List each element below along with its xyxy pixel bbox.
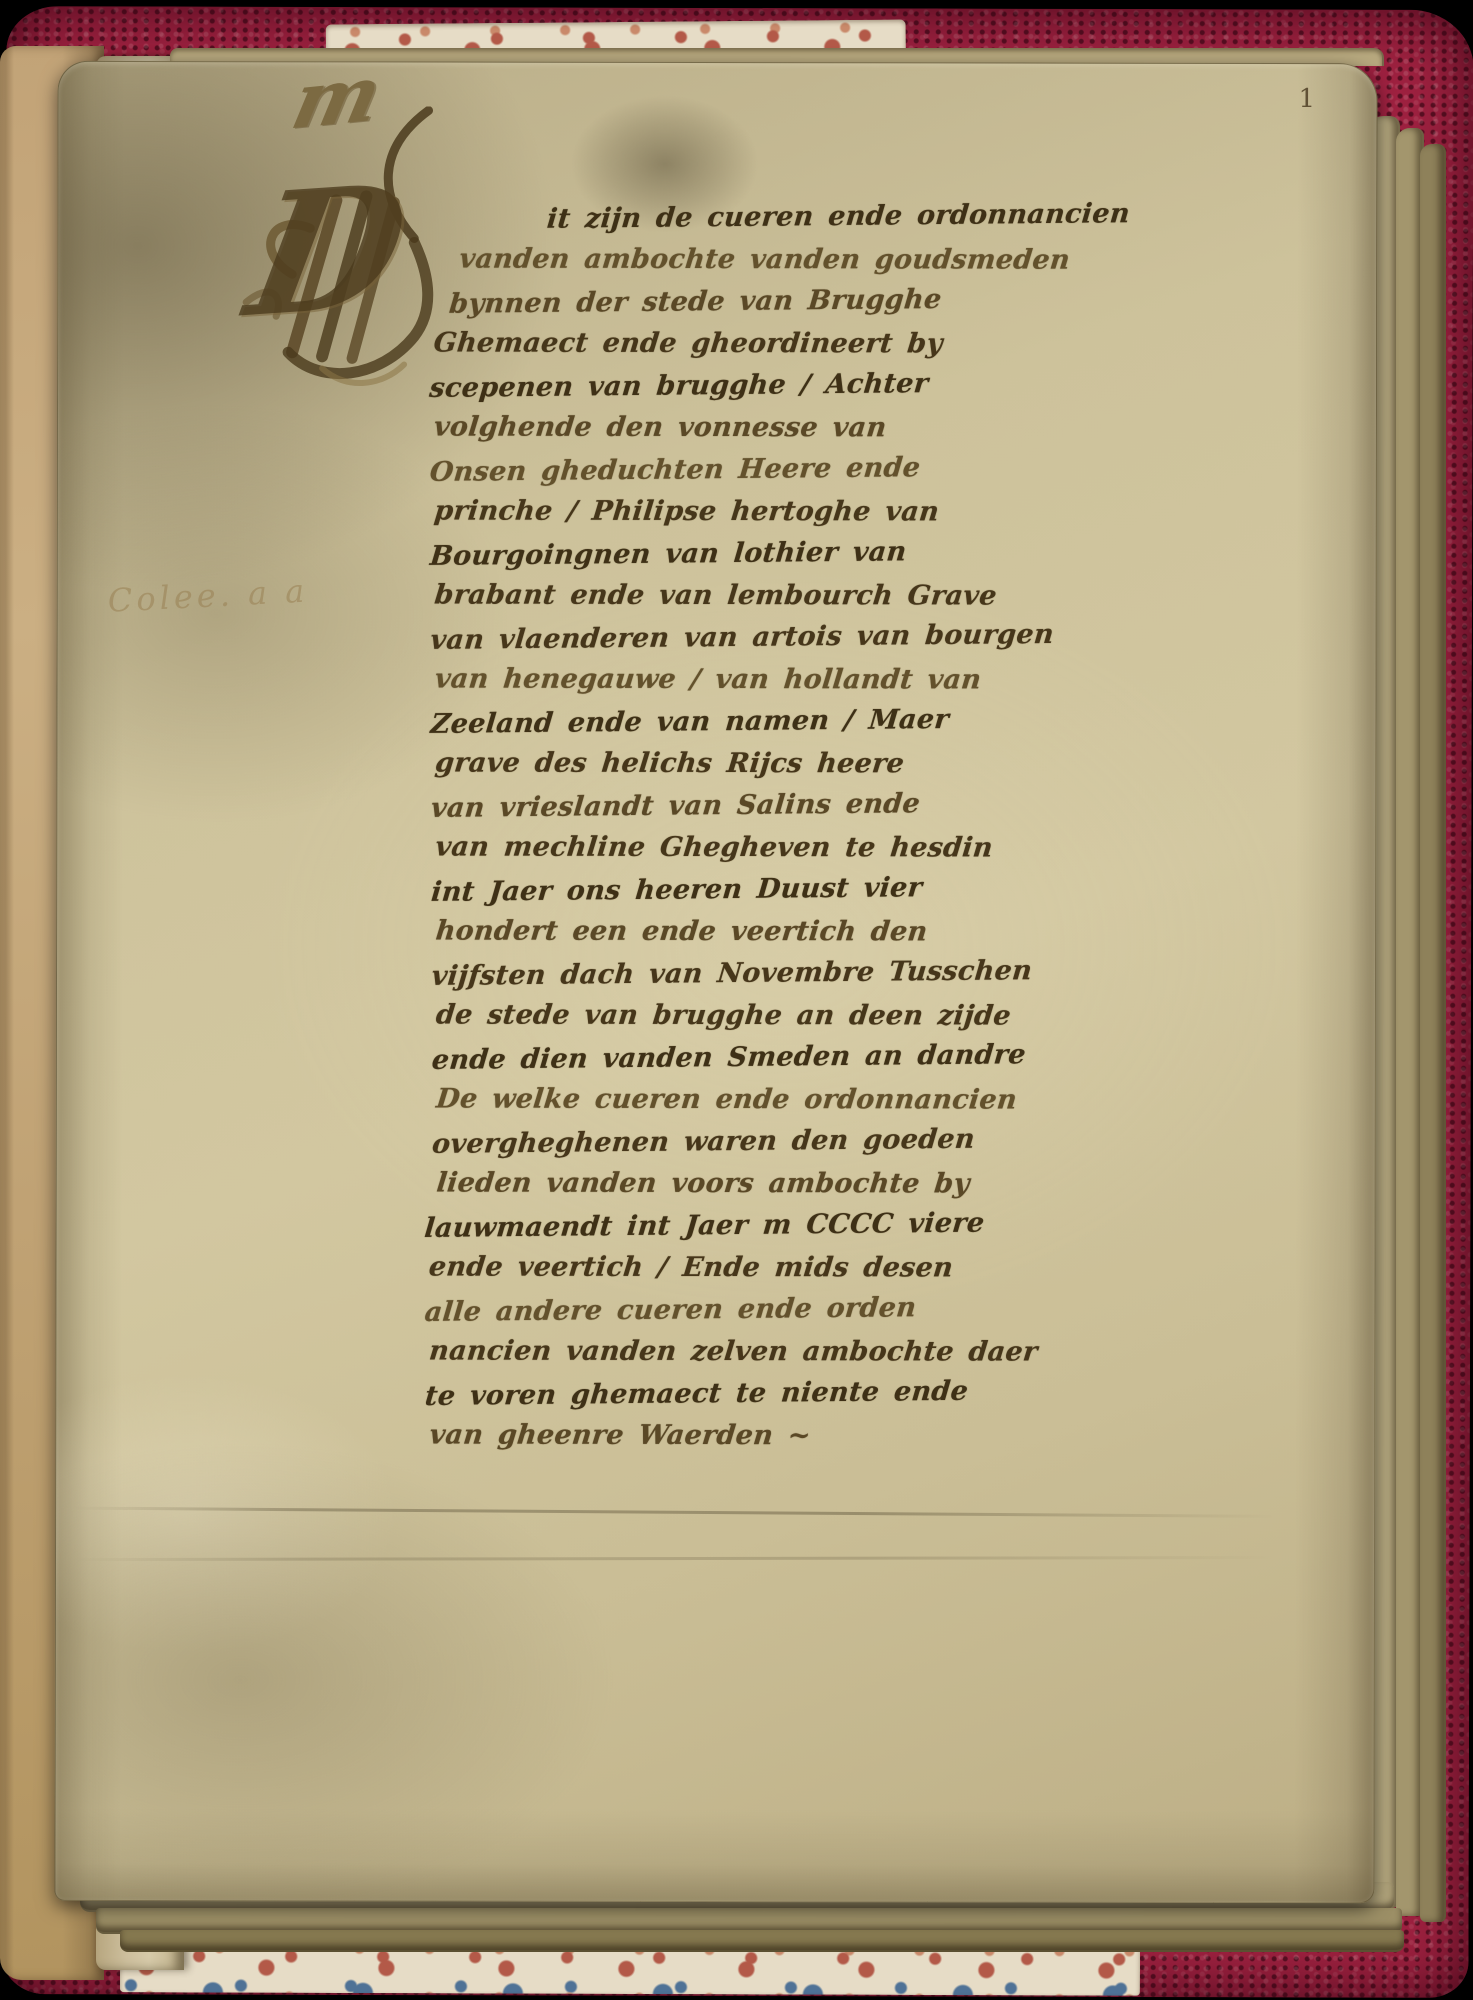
manuscript-text-line: prinche / Philipse hertoghe van: [432, 491, 1036, 534]
manuscript-text-line: Onsen gheduchten Heere ende: [428, 446, 1032, 494]
manuscript-text-line: hondert een ende veertich den: [434, 911, 1038, 954]
manuscript-text-line: overgheghenen waren den goeden: [430, 1118, 1034, 1166]
manuscript-text-line: nancien vanden zelven ambochte daer: [427, 1331, 1039, 1374]
manuscript-text-line: scepenen van brugghe / Achter: [428, 362, 1032, 410]
manuscript-text-line: Zeeland ende van namen / Maer: [429, 698, 1033, 746]
manuscript-text-line: int Jaer ons heeren Duust vier: [429, 866, 1033, 914]
page-edge-stack-bottom: [120, 1930, 1404, 1952]
manuscript-text-line: van mechline Ghegheven te hesdin: [433, 827, 1037, 870]
manuscript-text-line: vanden ambochte vanden goudsmeden: [431, 239, 1035, 282]
manuscript-text-line: te voren ghemaect te niente ende: [423, 1370, 1035, 1418]
manuscript-text-block: it zijn de cueren ende ordonnancienvande…: [429, 196, 1033, 1458]
manuscript-text-line: grave des helichs Rijcs heere: [433, 743, 1037, 786]
folio-number: 1: [1299, 84, 1329, 114]
manuscript-text-line: volghende den vonnesse van: [432, 407, 1036, 450]
manuscript-text-line: ende veertich / Ende mids desen: [427, 1247, 1039, 1290]
manuscript-text-line: it zijn de cueren ende ordonnancien: [427, 194, 1031, 242]
manuscript-text-line: van vlaenderen van artois van bourgen: [428, 614, 1032, 662]
manuscript-page: 1 m D Colee. a a it zijn de cueren ende …: [54, 61, 1377, 1903]
manuscript-text-line: ende dien vanden Smeden an dandre: [430, 1034, 1034, 1082]
manuscript-photo: 1 m D Colee. a a it zijn de cueren ende …: [0, 0, 1473, 2000]
manuscript-text-line: van vrieslandt van Salins ende: [429, 782, 1033, 830]
parchment-crease: [74, 1507, 1339, 1519]
manuscript-text-line: van gheenre Waerden ~: [427, 1415, 1039, 1458]
manuscript-text-line: bynnen der stede van Brugghe: [427, 278, 1031, 326]
manuscript-text-line: De welke cueren ende ordonnancien: [434, 1078, 1038, 1121]
manuscript-text-line: lieden vanden voors ambochte by: [434, 1162, 1038, 1205]
manuscript-text-line: brabant ende van lembourch Grave: [432, 575, 1036, 618]
manuscript-text-line: Bourgoingnen van lothier van: [428, 530, 1032, 578]
page-edge-stack-right: [1420, 144, 1446, 1922]
manuscript-text-line: Ghemaect ende gheordineert by: [432, 323, 1036, 366]
manuscript-text-line: lauwmaendt int Jaer m CCCC viere: [422, 1202, 1034, 1250]
manuscript-text-line: de stede van brugghe an deen zijde: [434, 995, 1038, 1038]
marginal-annotation: Colee. a a: [107, 567, 409, 620]
manuscript-text-line: alle andere cueren ende orden: [423, 1286, 1035, 1334]
parchment-crease: [74, 1556, 1339, 1561]
manuscript-text-line: vijfsten dach van Novembre Tusschen: [430, 950, 1034, 998]
manuscript-text-line: van henegauwe / van hollandt van: [433, 659, 1037, 702]
